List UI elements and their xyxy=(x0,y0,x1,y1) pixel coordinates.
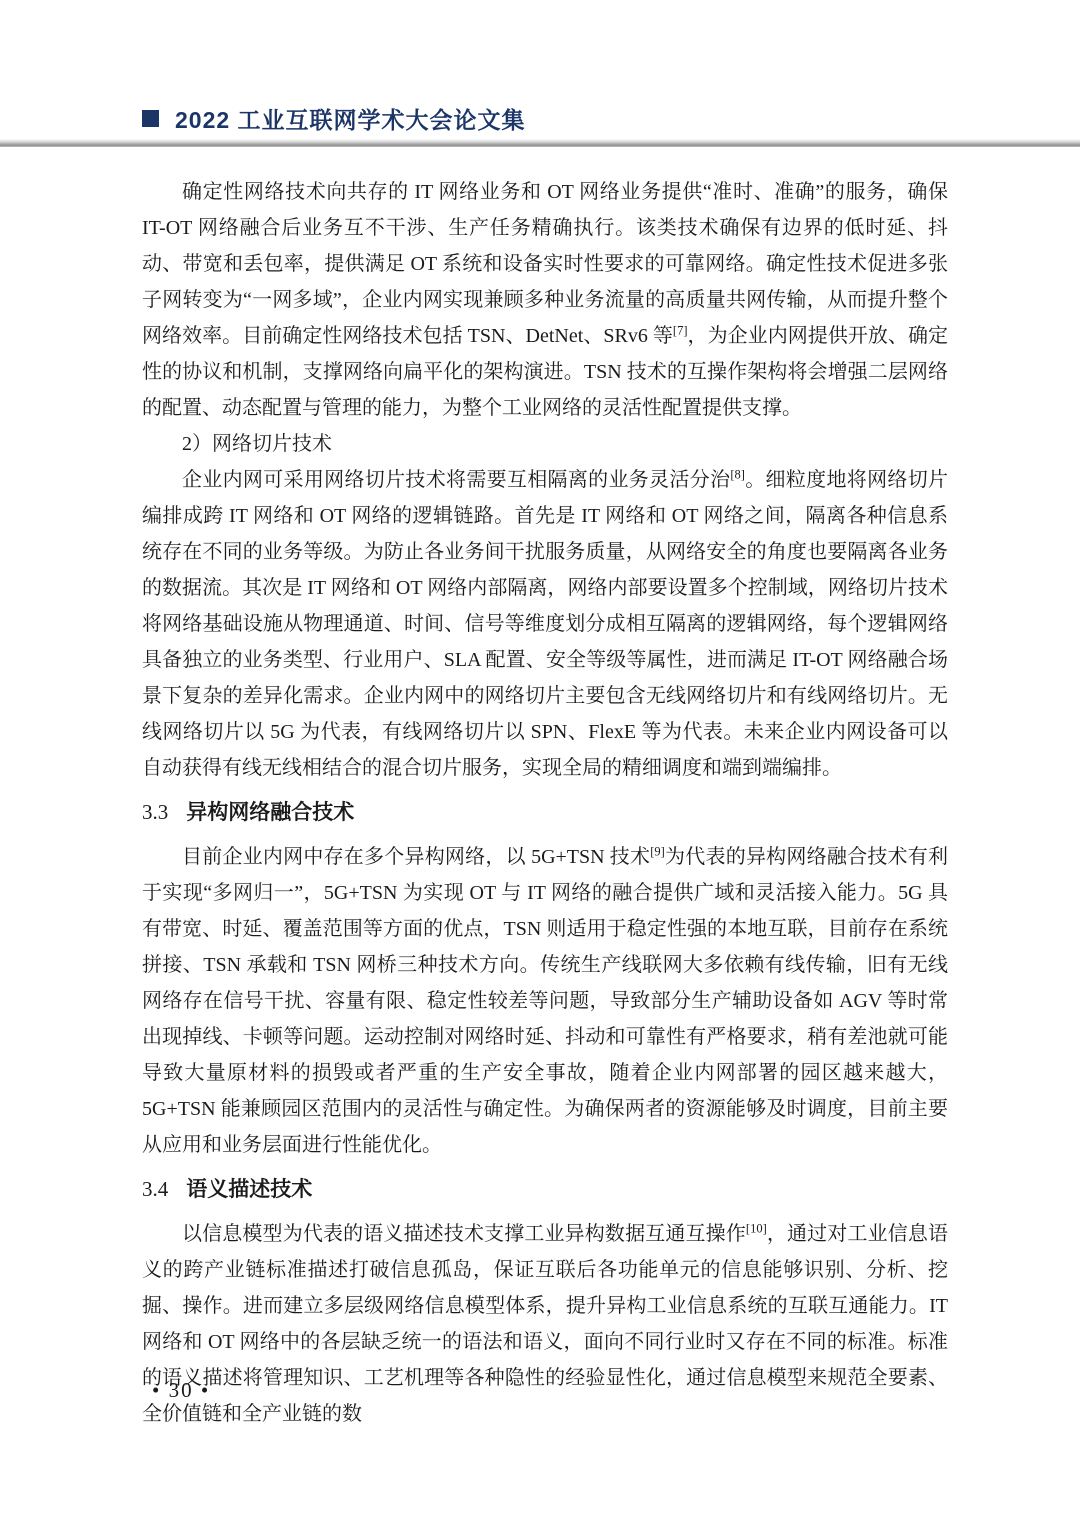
citation-reference: [10] xyxy=(746,1221,767,1235)
section-title: 异构网络融合技术 xyxy=(186,801,354,824)
section-number: 3.4 xyxy=(142,1177,168,1201)
numbered-subheading: 2）网络切片技术 xyxy=(142,426,948,462)
document-page: 2022 工业互联网学术大会论文集 确定性网络技术向共存的 IT 网络业务和 O… xyxy=(0,0,1080,1527)
body-paragraph: 确定性网络技术向共存的 IT 网络业务和 OT 网络业务提供“准时、准确”的服务… xyxy=(142,174,948,426)
header-title: 2022 工业互联网学术大会论文集 xyxy=(175,102,526,135)
document-body: 确定性网络技术向共存的 IT 网络业务和 OT 网络业务提供“准时、准确”的服务… xyxy=(142,174,948,1432)
section-title: 语义描述技术 xyxy=(186,1178,312,1201)
page-number: • 30 • xyxy=(152,1378,210,1402)
body-paragraph: 以信息模型为代表的语义描述技术支撑工业异构数据互通互操作[10]，通过对工业信息… xyxy=(142,1216,948,1432)
header-square-icon xyxy=(142,110,159,127)
citation-reference: [9] xyxy=(650,844,665,858)
citation-reference: [8] xyxy=(730,467,745,481)
page-footer: • 30 • xyxy=(152,1378,210,1403)
body-paragraph: 企业内网可采用网络切片技术将需要互相隔离的业务灵活分治[8]。细粒度地将网络切片… xyxy=(142,462,948,786)
body-paragraph: 目前企业内网中存在多个异构网络，以 5G+TSN 技术[9]为代表的异构网络融合… xyxy=(142,839,948,1163)
section-heading: 3.4语义描述技术 xyxy=(142,1170,948,1209)
header-divider-rule xyxy=(0,139,1080,147)
page-header: 2022 工业互联网学术大会论文集 xyxy=(142,102,526,135)
citation-reference: [7] xyxy=(673,323,688,337)
section-number: 3.3 xyxy=(142,800,168,824)
section-heading: 3.3异构网络融合技术 xyxy=(142,793,948,832)
